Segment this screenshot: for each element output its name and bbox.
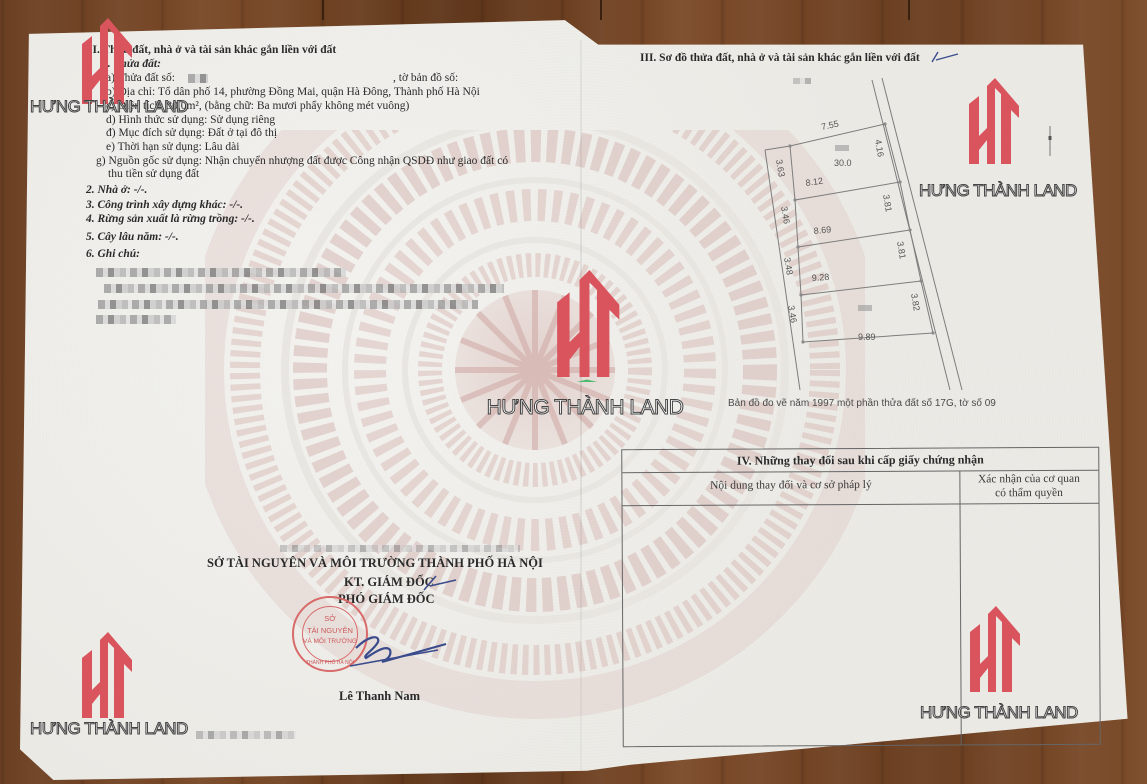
production-forest-field: 4. Rừng sản xuất là rừng trồng: -/-. <box>86 213 255 225</box>
ht-logo-icon <box>552 270 622 382</box>
redacted-notes-line <box>96 315 176 324</box>
ht-logo-icon <box>965 78 1021 168</box>
handwritten-signature <box>348 628 458 670</box>
perennial-trees-field: 5. Cây lâu năm: -/-. <box>86 231 179 243</box>
ht-logo-icon <box>78 18 134 108</box>
redacted-registry-number <box>196 731 296 739</box>
svg-text:7.55: 7.55 <box>820 119 839 132</box>
svg-text:8.69: 8.69 <box>813 224 831 236</box>
svg-text:9.89: 9.89 <box>858 332 876 342</box>
svg-text:3.81: 3.81 <box>881 194 894 213</box>
map-sheet-label: , tờ bản đồ số: <box>393 72 458 84</box>
redacted-parcel-number <box>188 74 208 83</box>
wood-seam <box>322 0 324 20</box>
redacted-notes-line <box>98 300 478 309</box>
redacted-notes-line <box>96 268 346 277</box>
other-construction-field: 3. Công trình xây dựng khác: -/-. <box>86 199 243 211</box>
svg-text:3.46: 3.46 <box>779 206 792 225</box>
column-header-confirmation: Xác nhận của cơ quan có thẩm quyền <box>959 472 1098 501</box>
svg-text:3.82: 3.82 <box>909 293 922 312</box>
watermark-logo-bottomright: HƯNG THÀNH LAND <box>920 606 1070 701</box>
svg-text:9.28: 9.28 <box>811 272 829 283</box>
svg-text:3.63: 3.63 <box>774 159 787 178</box>
watermark-logo-center: HƯNG THÀNH LAND <box>480 270 690 420</box>
map-caption: Bản đồ đo vẽ năm 1997 một phần thửa đất … <box>728 398 996 409</box>
watermark-logo-bottomleft: HƯNG THÀNH LAND <box>30 632 180 727</box>
wood-seam <box>600 0 602 20</box>
svg-text:3.46: 3.46 <box>786 305 799 324</box>
svg-text:3.81: 3.81 <box>895 241 908 260</box>
svg-text:8.12: 8.12 <box>805 176 824 188</box>
initial-mark <box>420 572 460 594</box>
redacted-date-line <box>280 545 520 552</box>
watermark-logo-topleft: HƯNG THÀNH LAND <box>30 18 180 113</box>
section3-title: III. Sơ đồ thửa đất, nhà ở và tài sản kh… <box>640 52 920 64</box>
signer-name: Lê Thanh Nam <box>339 689 420 704</box>
origin-field-line1: g) Nguồn gốc sử dụng: Nhận chuyển nhượng… <box>96 155 508 167</box>
north-arrow-icon <box>1046 126 1054 156</box>
column-header-content: Nội dung thay đổi và cơ sở pháp lý <box>622 478 959 492</box>
issuing-agency: SỞ TÀI NGUYÊN VÀ MÔI TRƯỜNG THÀNH PHỐ HÀ… <box>207 556 543 571</box>
svg-text:3.48: 3.48 <box>782 257 795 276</box>
svg-text:30.0: 30.0 <box>834 158 852 168</box>
redacted-notes-line <box>104 284 504 293</box>
notes-label: 6. Ghi chú: <box>86 248 140 260</box>
wood-seam <box>908 0 910 20</box>
usage-term-field: e) Thời hạn sử dụng: Lâu dài <box>106 141 239 153</box>
house-field: 2. Nhà ở: -/-. <box>86 184 147 196</box>
svg-text:4.16: 4.16 <box>873 139 886 158</box>
origin-field-line2: thu tiền sử dụng đất <box>108 168 199 180</box>
ht-logo-icon <box>966 606 1022 696</box>
initial-mark <box>930 48 960 66</box>
usage-purpose-field: đ) Mục đích sử dụng: Đất ở tại đô thị <box>106 127 277 139</box>
ht-logo-icon <box>78 632 134 722</box>
table-column-divider <box>622 470 961 746</box>
